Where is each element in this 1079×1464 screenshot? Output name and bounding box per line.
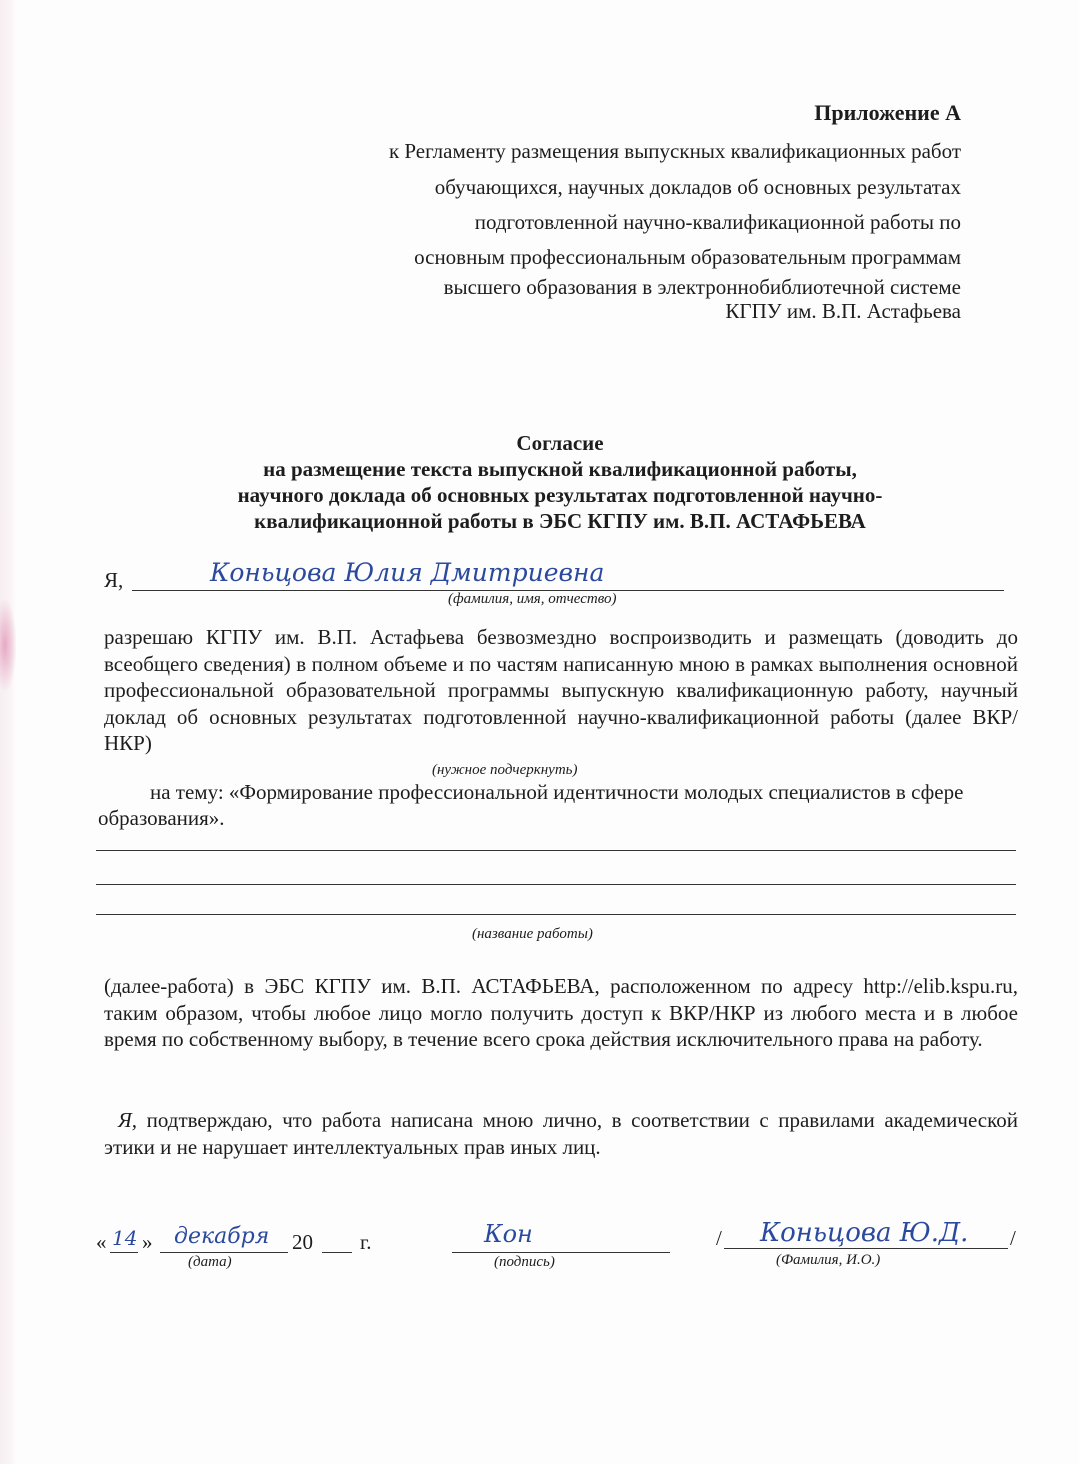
access-paragraph: (далее-работа) в ЭБС КГПУ им. В.П. АСТАФ…: [104, 973, 1018, 1053]
name-caption: (фамилия, имя, отчество): [448, 591, 617, 608]
work-line-3: [96, 914, 1016, 915]
confirm-prefix: Я,: [118, 1108, 137, 1132]
paper-edge: [0, 0, 16, 1464]
signature[interactable]: Кон: [484, 1220, 533, 1248]
consent-subtitle-line: на размещение текста выпускной квалифика…: [160, 456, 960, 482]
date-caption: (дата): [188, 1254, 232, 1271]
date-year-suffix: г.: [360, 1230, 372, 1255]
confirm-paragraph: Я, подтверждаю, что работа написана мною…: [104, 1107, 1018, 1160]
ink-stain: [0, 600, 16, 690]
day-underline: [110, 1252, 138, 1253]
full-name[interactable]: Коньцова Ю.Д.: [760, 1218, 968, 1248]
name-handwritten[interactable]: Коньцова Юлия Дмитриевна: [210, 558, 604, 587]
date-quote-open: «: [96, 1230, 107, 1255]
work-line-2: [96, 884, 1016, 885]
consent-heading: Согласие на размещение текста выпускной …: [160, 430, 960, 534]
underline-caption: (нужное подчеркнуть): [432, 762, 578, 779]
work-line-1: [96, 850, 1016, 851]
name-prefix: Я,: [104, 568, 123, 593]
appendix-line: подготовленной научно-квалификационной р…: [261, 205, 961, 239]
year-underline: [322, 1252, 352, 1253]
topic-line-cont: образования».: [98, 806, 225, 831]
appendix-line: основным профессиональным образовательны…: [261, 240, 961, 274]
slash-right: /: [1010, 1226, 1016, 1251]
permission-paragraph: разрешаю КГПУ им. В.П. Астафьева безвозм…: [104, 624, 1018, 757]
work-caption: (название работы): [472, 926, 593, 943]
name-caption-bottom: (Фамилия, И.О.): [776, 1252, 880, 1269]
month-underline: [160, 1252, 288, 1253]
appendix-line: к Регламенту размещения выпускных квалиф…: [261, 134, 961, 168]
appendix-title: Приложение А: [261, 96, 961, 130]
appendix-line: КГПУ им. В.П. Астафьева: [261, 294, 961, 328]
consent-title: Согласие: [160, 430, 960, 456]
topic-line: на тему: «Формирование профессиональной …: [150, 780, 963, 805]
date-quote-close: »: [142, 1230, 153, 1255]
date-month[interactable]: декабря: [174, 1224, 269, 1249]
date-year-prefix: 20: [292, 1230, 313, 1255]
slash-left: /: [716, 1226, 722, 1251]
date-day[interactable]: 14: [112, 1226, 137, 1250]
full-name-underline: [724, 1248, 1008, 1249]
confirm-text: подтверждаю, что работа написана мною ли…: [104, 1108, 1018, 1159]
consent-subtitle-line: квалификационной работы в ЭБС КГПУ им. В…: [160, 508, 960, 534]
signature-caption: (подпись): [494, 1254, 555, 1271]
appendix-line: обучающихся, научных докладов об основны…: [261, 170, 961, 204]
consent-subtitle-line: научного доклада об основных результатах…: [160, 482, 960, 508]
signature-underline: [452, 1252, 670, 1253]
